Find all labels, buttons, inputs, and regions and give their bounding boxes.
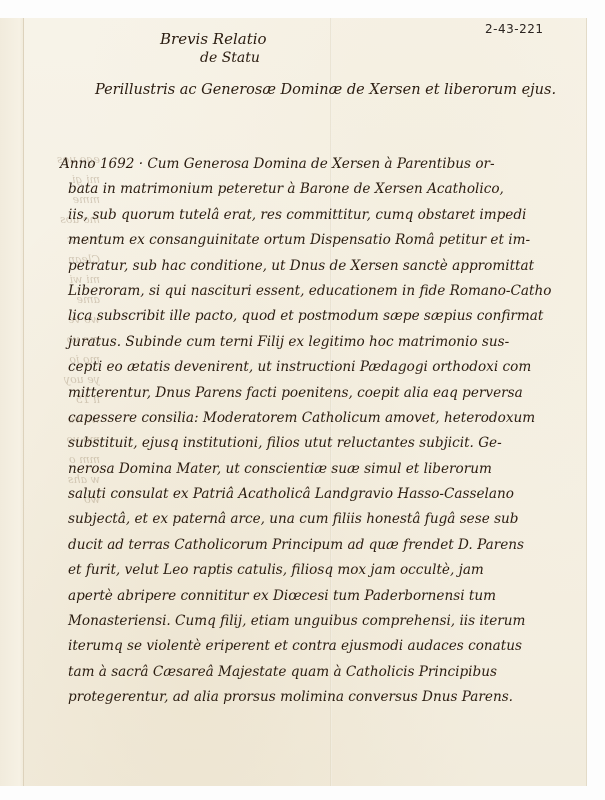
heading-title: Brevis Relatio bbox=[160, 30, 267, 48]
body-line: mitterentur, Dnus Parens facti poenitens… bbox=[60, 381, 580, 406]
body-line: et furit, velut Leo raptis catulis, fili… bbox=[60, 558, 580, 583]
body-line: Liberoram, si qui nascituri essent, educ… bbox=[60, 279, 580, 304]
body-line: nerosa Domina Mater, ut conscientiæ suæ … bbox=[60, 457, 580, 482]
manuscript-body: Anno 1692 · Cum Generosa Domina de Xerse… bbox=[60, 152, 580, 711]
body-line: cepti eo ætatis devenirent, ut instructi… bbox=[60, 355, 580, 380]
body-line: iis, sub quorum tutelâ erat, res committ… bbox=[60, 203, 580, 228]
body-line: iterumq se violentè eriperent et contra … bbox=[60, 634, 580, 659]
body-line: petratur, sub hac conditione, ut Dnus de… bbox=[60, 254, 580, 279]
body-line: Monasteriensi. Cumq filij, etiam unguibu… bbox=[60, 609, 580, 634]
body-line: ducit ad terras Catholicorum Principum a… bbox=[60, 533, 580, 558]
heading-subtitle: de Statu bbox=[200, 50, 260, 66]
body-line: lica subscribit ille pacto, quod et post… bbox=[60, 304, 580, 329]
body-line: protegerentur, ad alia prorsus molimina … bbox=[60, 685, 580, 710]
body-line: juratus. Subinde cum terni Filij ex legi… bbox=[60, 330, 580, 355]
catalog-number: 2-43-221 bbox=[485, 22, 543, 36]
body-line: capessere consilia: Moderatorem Catholic… bbox=[60, 406, 580, 431]
body-line: subjectâ, et ex paternâ arce, una cum fi… bbox=[60, 507, 580, 532]
manuscript-scan: ego uosmi gimmemo uosmo ccCleanmi wiamew… bbox=[0, 0, 605, 800]
body-line: mentum ex consanguinitate ortum Dispensa… bbox=[60, 228, 580, 253]
heading-subject: Perillustris ac Generosæ Dominæ de Xerse… bbox=[95, 82, 556, 98]
body-line: bata in matrimonium peteretur à Barone d… bbox=[60, 177, 580, 202]
body-line: Anno 1692 · Cum Generosa Domina de Xerse… bbox=[60, 152, 580, 177]
body-line: tam à sacrâ Cæsareâ Majestate quam à Cat… bbox=[60, 660, 580, 685]
body-line: apertè abripere connititur ex Diœcesi tu… bbox=[60, 584, 580, 609]
body-line: substituit, ejusq institutioni, filios u… bbox=[60, 431, 580, 456]
body-line: saluti consulat ex Patriâ Acatholicâ Lan… bbox=[60, 482, 580, 507]
